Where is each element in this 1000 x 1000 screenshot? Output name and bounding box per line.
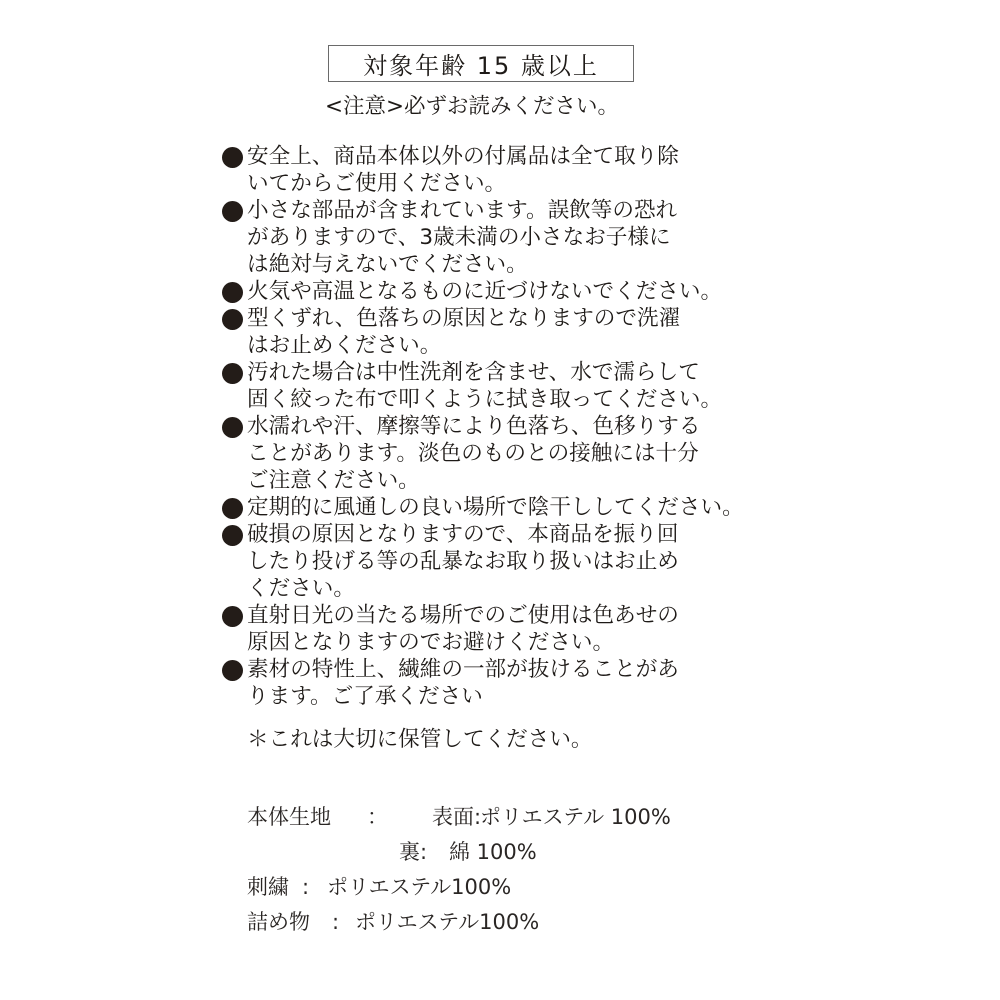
bullet-icon	[222, 606, 243, 627]
caution-item-1: 安全上、商品本体以外の付属品は全て取り除 いてからご使用ください。	[220, 143, 800, 197]
caution-item-3: 火気や高温となるものに近づけないでください。	[220, 278, 800, 305]
keep-note: ＊これは大切に保管してください。	[247, 726, 593, 753]
caution-item-2: 小さな部品が含まれています。誤飲等の恐れ がありますので、3歳未満の小さなお子様…	[220, 197, 800, 278]
caution-list: 安全上、商品本体以外の付属品は全て取り除 いてからご使用ください。 小さな部品が…	[220, 143, 800, 710]
caution-line: ります。ご了承ください	[247, 683, 800, 710]
caution-line: したり投げる等の乱暴なお取り扱いはお止め	[247, 548, 800, 575]
caution-line: 小さな部品が含まれています。誤飲等の恐れ	[247, 197, 800, 224]
caution-line: 固く絞った布で叩くように拭き取ってください。	[247, 386, 800, 413]
material-colon: :	[302, 870, 309, 905]
caution-line: いてからご使用ください。	[247, 170, 800, 197]
caution-item-9: 直射日光の当たる場所でのご使用は色あせの 原因となりますのでお避けください。	[220, 602, 800, 656]
target-age-box: 対象年齢 15 歳以上	[328, 45, 634, 82]
bullet-icon	[222, 147, 243, 168]
bullet-icon	[222, 363, 243, 384]
caution-item-4: 型くずれ、色落ちの原因となりますので洗濯 はお止めください。	[220, 305, 800, 359]
material-colon: :	[332, 905, 339, 940]
material-sub-label: 裏:	[399, 835, 427, 870]
bullet-icon	[222, 525, 243, 546]
material-sub-label: 表面:	[432, 800, 481, 835]
caution-line: 定期的に風通しの良い場所で陰干ししてください。	[247, 494, 800, 521]
material-value: ポリエステル100%	[355, 905, 539, 940]
caution-item-6: 水濡れや汗、摩擦等により色落ち、色移りする ことがあります。淡色のものとの接触に…	[220, 413, 800, 494]
caution-item-10: 素材の特性上、繊維の一部が抜けることがあ ります。ご了承ください	[220, 656, 800, 710]
material-label: 本体生地	[247, 800, 331, 835]
material-value: 綿 100%	[449, 835, 537, 870]
caution-line: 火気や高温となるものに近づけないでください。	[247, 278, 800, 305]
notice-heading: <注意>必ずお読みください。	[325, 92, 685, 122]
caution-item-5: 汚れた場合は中性洗剤を含ませ、水で濡らして 固く絞った布で叩くように拭き取ってく…	[220, 359, 800, 413]
caution-line: ことがあります。淡色のものとの接触には十分	[247, 440, 800, 467]
caution-line: 汚れた場合は中性洗剤を含ませ、水で濡らして	[247, 359, 800, 386]
caution-line: ご注意ください。	[247, 467, 800, 494]
caution-line: 型くずれ、色落ちの原因となりますので洗濯	[247, 305, 800, 332]
caution-line: 水濡れや汗、摩擦等により色落ち、色移りする	[247, 413, 800, 440]
bullet-icon	[222, 309, 243, 330]
bullet-icon	[222, 498, 243, 519]
bullet-icon	[222, 417, 243, 438]
caution-line: 素材の特性上、繊維の一部が抜けることがあ	[247, 656, 800, 683]
caution-line: はお止めください。	[247, 332, 800, 359]
caution-line: 破損の原因となりますので、本商品を振り回	[247, 521, 800, 548]
bullet-icon	[222, 201, 243, 222]
caution-line: は絶対与えないでください。	[247, 251, 800, 278]
caution-line: がありますので、3歳未満の小さなお子様に	[247, 224, 800, 251]
caution-line: ください。	[247, 575, 800, 602]
caution-item-7: 定期的に風通しの良い場所で陰干ししてください。	[220, 494, 800, 521]
caution-line: 安全上、商品本体以外の付属品は全て取り除	[247, 143, 800, 170]
material-label: 詰め物	[247, 905, 310, 940]
bullet-icon	[222, 660, 243, 681]
bullet-icon	[222, 282, 243, 303]
caution-line: 直射日光の当たる場所でのご使用は色あせの	[247, 602, 800, 629]
material-colon: ：	[367, 800, 388, 835]
material-value: ポリエステル100%	[327, 870, 511, 905]
caution-item-8: 破損の原因となりますので、本商品を振り回 したり投げる等の乱暴なお取り扱いはお止…	[220, 521, 800, 602]
material-label: 刺繍	[247, 870, 289, 905]
target-age-label: 対象年齢 15 歳以上	[363, 46, 599, 81]
caution-line: 原因となりますのでお避けください。	[247, 629, 800, 656]
material-value: ポリエステル 100%	[480, 800, 671, 835]
